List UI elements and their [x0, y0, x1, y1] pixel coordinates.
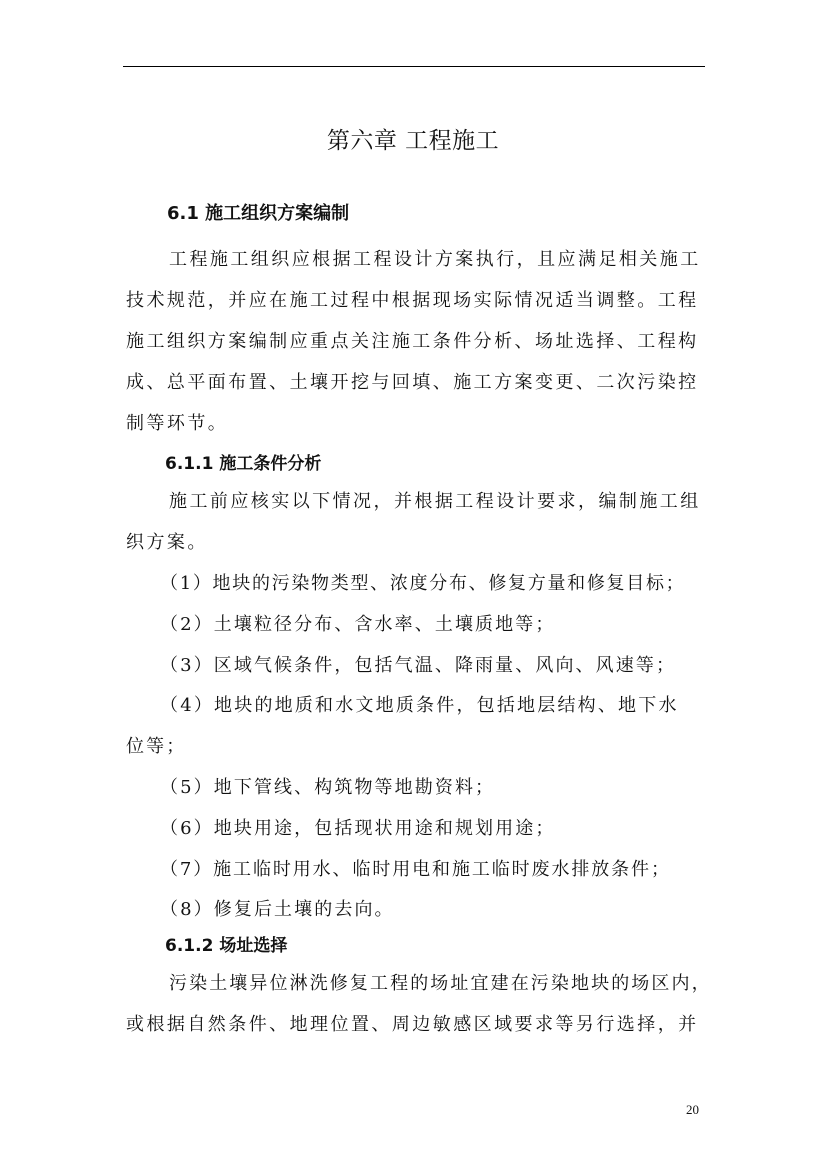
paragraph-line: 制等环节。 — [126, 410, 228, 438]
paragraph-line: 技术规范，并应在施工过程中根据现场实际情况适当调整。工程 — [126, 287, 699, 315]
subsection-heading-6-1-1: 6.1.1 施工条件分析 — [165, 450, 321, 478]
paragraph-line: 施工组织方案编制应重点关注施工条件分析、场址选择、工程构 — [126, 328, 699, 356]
paragraph-line: 工程施工组织应根据工程设计方案执行，且应满足相关施工 — [169, 246, 701, 274]
paragraph-line: 或根据自然条件、地理位置、周边敏感区域要求等另行选择，并 — [126, 1011, 699, 1039]
chapter-title: 第六章 工程施工 — [0, 124, 826, 158]
list-item: （5）地下管线、构筑物等地勘资料； — [160, 774, 495, 802]
paragraph-line: 污染土壤异位淋洗修复工程的场址宜建在污染地块的场区内， — [169, 970, 712, 998]
paragraph-line: 施工前应核实以下情况，并根据工程设计要求，编制施工组 — [169, 488, 701, 516]
page-number: 20 — [686, 1102, 699, 1118]
list-item: （3）区域气候条件，包括气温、降雨量、风向、风速等； — [160, 652, 676, 680]
list-item: （6）地块用途，包括现状用途和规划用途； — [160, 815, 555, 843]
list-item: （1）地块的污染物类型、浓度分布、修复方量和修复目标； — [160, 570, 685, 598]
list-item: （8）修复后土壤的去向。 — [160, 896, 395, 924]
subsection-heading-6-1-2: 6.1.2 场址选择 — [165, 932, 287, 960]
paragraph-line: 成、总平面布置、土壤开挖与回填、施工方案变更、二次污染控 — [126, 369, 699, 397]
list-item: （7）施工临时用水、临时用电和施工临时废水排放条件； — [160, 856, 671, 884]
list-item-continuation: 位等； — [126, 733, 186, 761]
section-heading-6-1: 6.1 施工组织方案编制 — [167, 200, 349, 228]
list-item: （4）地块的地质和水文地质条件，包括地层结构、地下水 — [160, 692, 679, 720]
list-item: （2）土壤粒径分布、含水率、土壤质地等； — [160, 611, 555, 639]
header-rule — [123, 66, 705, 67]
paragraph-line: 织方案。 — [126, 529, 208, 557]
